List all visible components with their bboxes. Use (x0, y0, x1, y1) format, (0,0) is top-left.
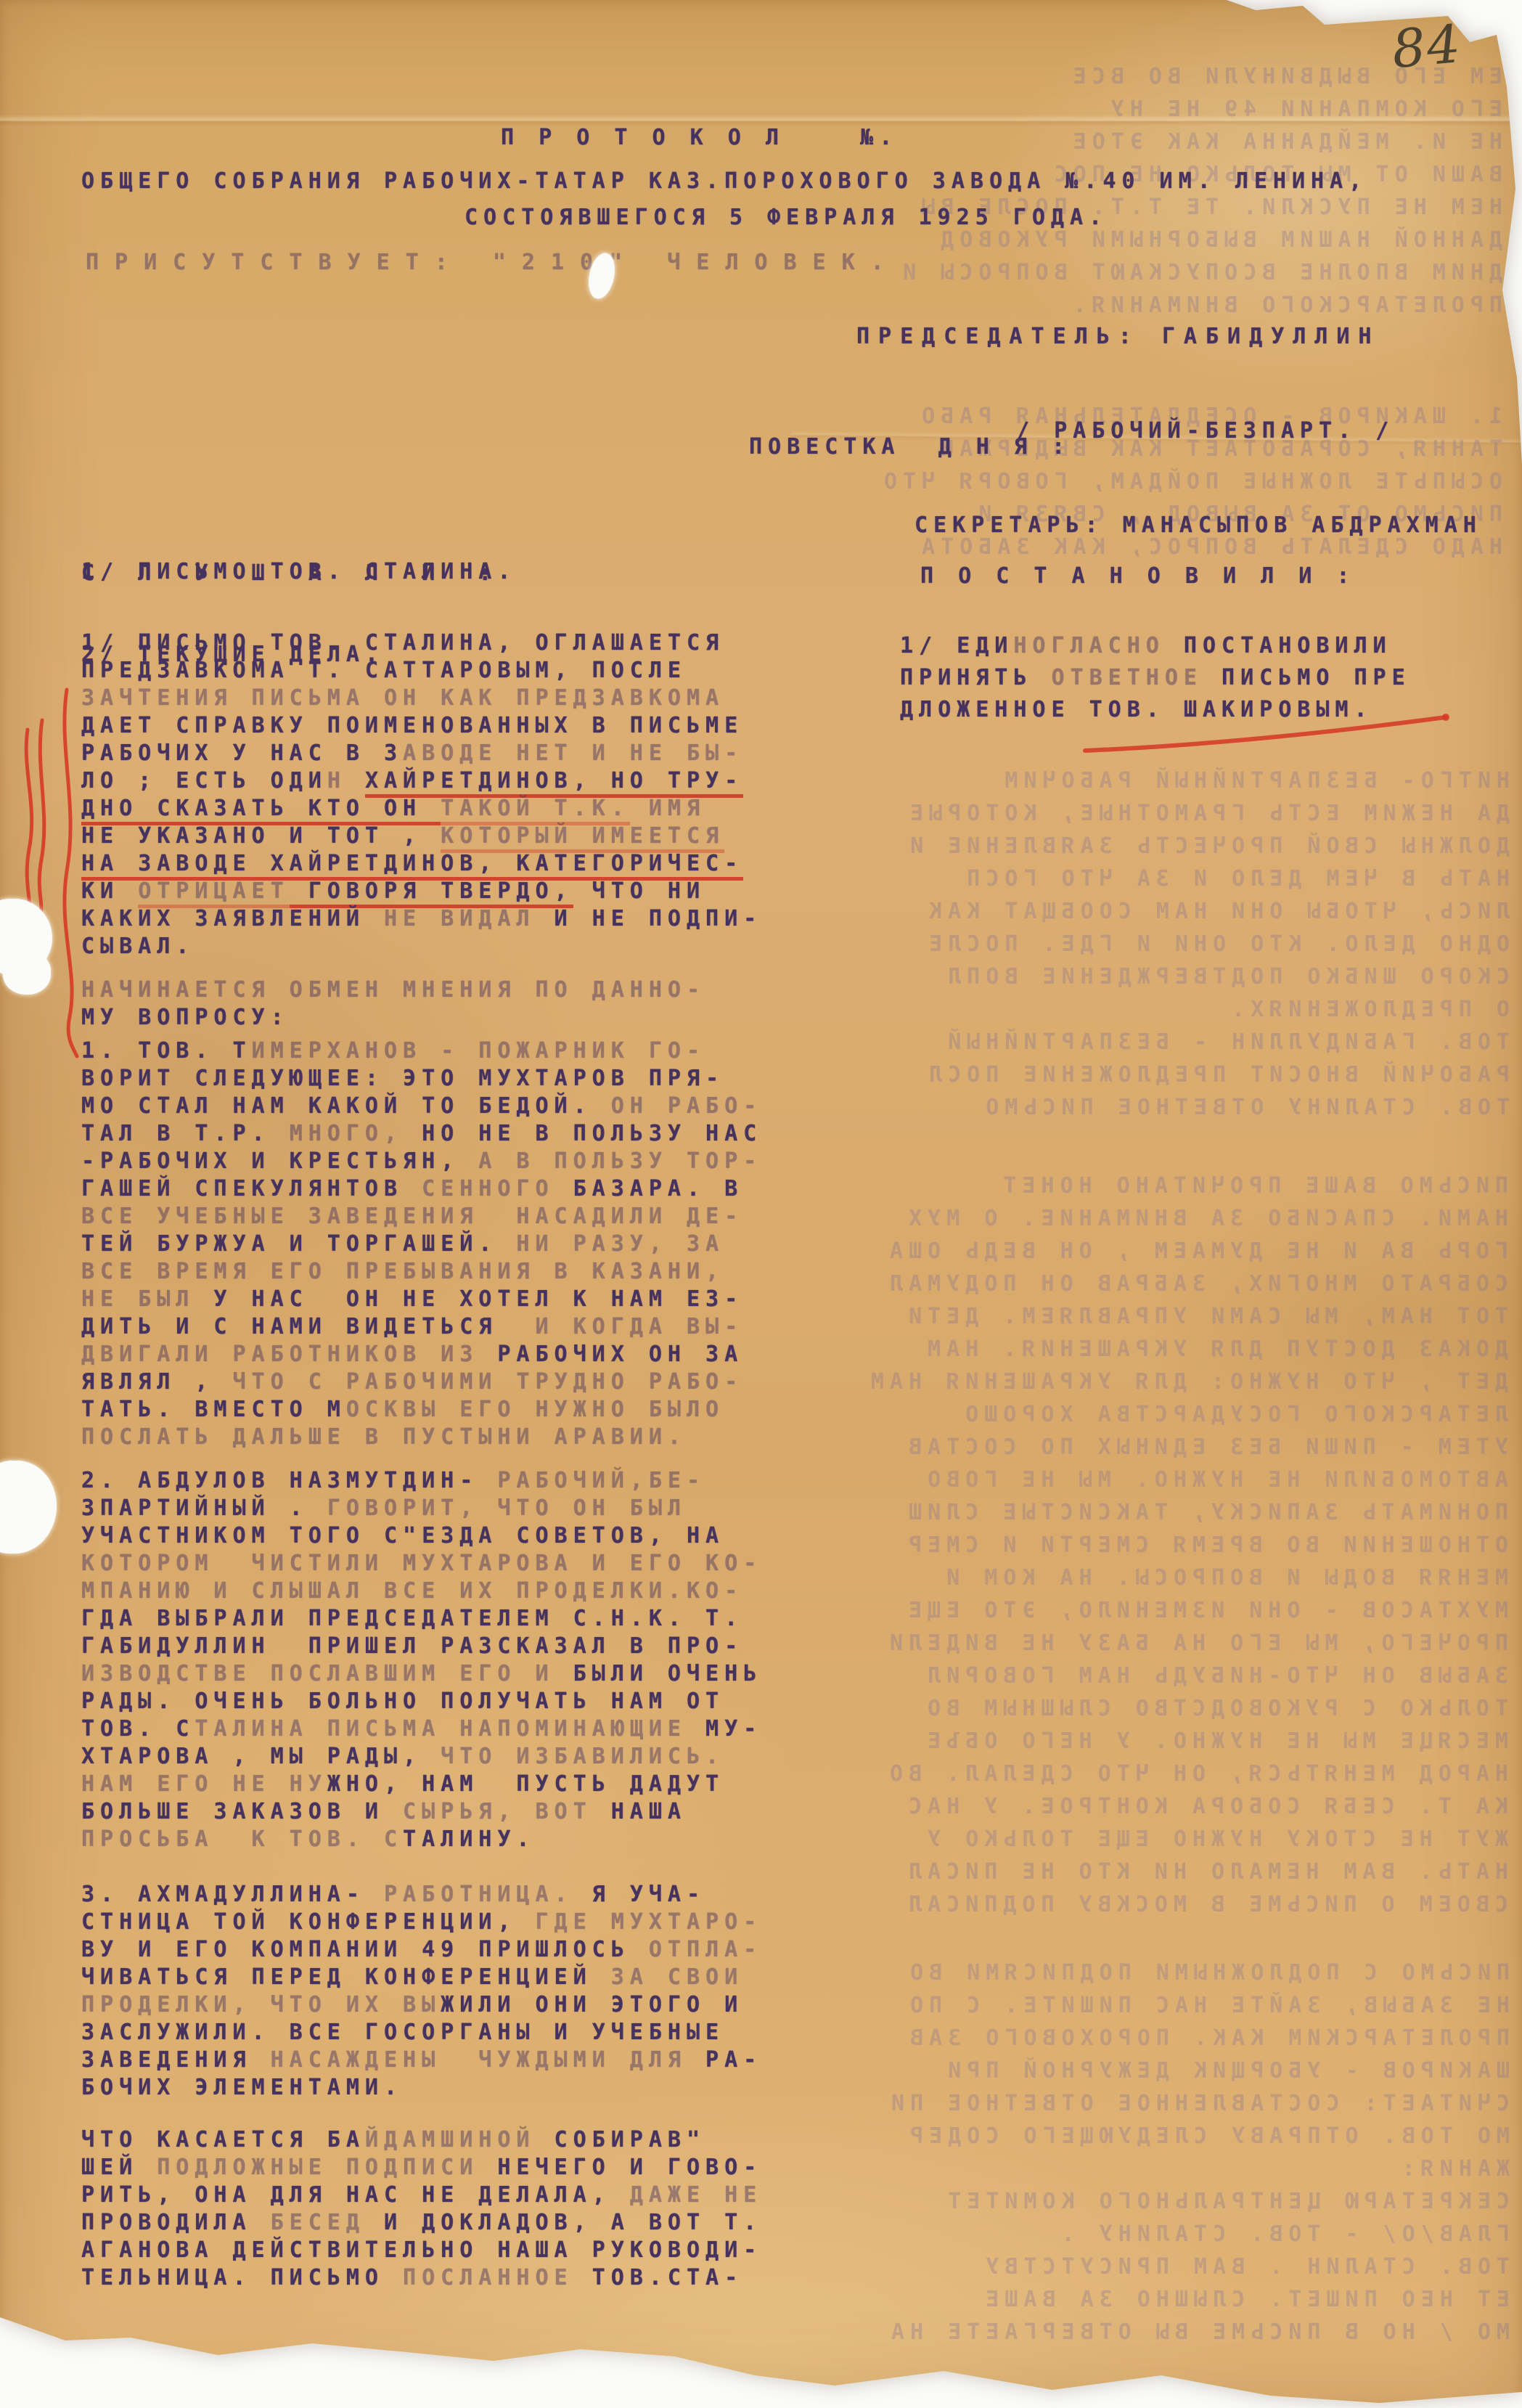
typed-line: шей подложные подписи нечего и гово- (81, 2155, 762, 2182)
typed-segment: Что касается Ба (81, 2127, 365, 2152)
typed-segment: проделки, что их вы (81, 1992, 441, 2017)
typed-segment: постановили (1165, 633, 1392, 658)
typed-line: гашей спекулянтов сенного базара. В (81, 1176, 762, 1204)
paragraph: 2. Абдулов Назмутдин- рабочий,бе-зпартий… (81, 1468, 762, 1854)
typed-line: ву и его компании 49 пришлось отпла- (81, 1937, 762, 1964)
paragraph: 1. Тов. Тимерханов - пожарник го-ворит с… (81, 1038, 762, 1452)
typed-line: зпартийный . Говорит, что он был (81, 1495, 762, 1523)
typed-segment: ногласно (1013, 633, 1165, 658)
typed-segment: отрицает (138, 878, 290, 908)
typed-segment: подложные подписи (157, 2155, 478, 2180)
typed-segment: не видал (384, 906, 536, 931)
typed-segment: Нам его не ну (81, 1771, 327, 1797)
typed-segment: зачтения письма он как Предзавкома (81, 685, 724, 711)
typed-line: Нам его не нужно, нам пусть дадут (81, 1771, 762, 1799)
typed-segment: участником того с"езда Советов, на (81, 1523, 724, 1548)
typed-line: рить, она для нас не делала, даже не (81, 2182, 762, 2210)
typed-line: Что касается Байдамшиной собирав" (81, 2127, 762, 2155)
typed-line: Начинается обмен мнения по данно- (81, 977, 705, 1005)
typed-line: проделки, что их выжили они этого и (81, 1992, 762, 2020)
typed-segment: рабочих у нас в З (81, 740, 403, 766)
typed-segment: чиваться перед Конференцией (81, 1964, 611, 1990)
typed-segment: насаждены чуждыми для (271, 2047, 705, 2073)
typed-segment: много, (290, 1121, 403, 1146)
typed-line: все время его пребывания в Казани, (81, 1259, 762, 1286)
typed-segment: за свои (611, 1964, 743, 1990)
typed-line: зачтения письма он как Предзавкома (81, 685, 762, 713)
typed-segment: где Мухтаро- (535, 1909, 762, 1935)
typed-segment: гашей спекулянтов (81, 1176, 422, 1201)
typed-segment: сырья, вот (403, 1799, 592, 1824)
typed-segment: наша (592, 1799, 687, 1824)
typed-segment: Аганова действительно наша руководи- (81, 2237, 762, 2263)
typed-segment: стница той Конференции, (81, 1909, 535, 1935)
typed-line: чиваться перед Конференцией за свои (81, 1964, 762, 1992)
paper-sheet: ем его выдвинули во всеего компании 49 н… (0, 0, 1522, 2408)
typed-segment: -рабочих и крестьян, (81, 1148, 478, 1174)
typed-segment: ки (81, 878, 138, 904)
typed-segment: заведения (81, 2047, 271, 2073)
typed-segment: и когда вы- (535, 1314, 743, 1339)
typed-segment: йдамшиной (365, 2127, 536, 2152)
typed-segment: имя (630, 796, 705, 821)
typed-segment: ву и его компании 49 пришлось (81, 1937, 649, 1962)
typed-segment: осквы его нужно было (346, 1397, 724, 1422)
typed-segment: гда выбрали Председателем С.Н.К. Т. (81, 1606, 743, 1631)
typed-segment: тей буржуа и торгашей. (81, 1231, 516, 1257)
typed-segment: который имеется (441, 823, 724, 853)
typed-line: все учебные заведения насадили де- (81, 1204, 762, 1231)
typed-segment: аводе нет и не бы- (403, 740, 743, 766)
typed-line: -рабочих и крестьян, а в пользу тор- (81, 1148, 762, 1176)
typed-segment: Начинается обмен мнения по данно- (81, 977, 705, 1003)
punch-hole (0, 1461, 57, 1554)
typed-segment: мпанию и слышал все их проделки.Ко- (81, 1578, 743, 1604)
slushali-column: 1/ Письмо тов. Сталина, оглашаетсяпредза… (81, 0, 778, 2408)
typed-line: ло ; есть один Хайретдинов, но тру- (81, 768, 762, 796)
typed-line: ворит следующее: это Мухтаров пря- (81, 1066, 762, 1093)
typed-segment: тельница. Письмо (81, 2265, 403, 2290)
typed-segment: ра- (705, 2047, 762, 2073)
typed-segment: рить, она для нас не делала, (81, 2182, 630, 2208)
typed-segment: но не в пользу нас (403, 1121, 762, 1146)
typed-segment: ответное (1052, 665, 1203, 690)
typed-line: на Заводе Хайретдинов, категоричес- (81, 851, 762, 878)
typed-segment: двигали работников из (81, 1342, 497, 1367)
typed-line: больше заказов и сырья, вот наша (81, 1799, 762, 1827)
typed-line: двигали работников из рабочих он за (81, 1342, 762, 1369)
typed-segment: просьба к тов. С (81, 1827, 403, 1852)
typed-segment: все учебные заведения насадили де- (81, 1204, 743, 1229)
typed-segment: что ни (573, 878, 705, 904)
typed-segment: 1. Тов. Т (81, 1038, 252, 1064)
typed-segment: отпла- (649, 1937, 762, 1962)
typed-line: участником того с"езда Советов, на (81, 1523, 762, 1551)
typed-line: дложенное тов. Шакировым. (900, 697, 1411, 729)
typed-line: проводила бесед и докладов, а вот т. (81, 2210, 762, 2237)
typed-segment: нечего и гово- (478, 2155, 762, 2180)
typed-segment: предзавкома т. Саттаровым, после (81, 658, 687, 683)
typed-line: дно сказать кто он такой т.к. имя (81, 796, 762, 823)
typed-line: тов. Сталина письма напоминающие Му- (81, 1716, 762, 1744)
typed-segment: ло ; есть оди (81, 768, 327, 793)
typed-segment: хтарова , мы рады, (81, 1744, 441, 1769)
typed-segment: и не подпи- (535, 906, 762, 931)
typed-line: му вопросу: (81, 1005, 705, 1032)
typed-line: 1. Тов. Тимерханов - пожарник го- (81, 1038, 762, 1066)
typed-line: дает справку поименованных в письме (81, 713, 762, 740)
paper-wrap: ем его выдвинули во всеего компании 49 н… (0, 0, 1522, 2408)
typed-segment: что с рабочими трудно рабо- (233, 1369, 744, 1395)
typed-segment: 2. Абдулов Назмутдин- (81, 1468, 497, 1493)
typed-line: рабочих у нас в Заводе нет и не бы- (81, 740, 762, 768)
typed-line: 3. Ахмадуллина- работница. Я уча- (81, 1882, 762, 1909)
typed-line: принять ответное письмо пре (900, 665, 1411, 697)
typed-segment: являл , (81, 1369, 233, 1395)
typed-segment: Габидуллин пришел разсказал в про- (81, 1633, 743, 1659)
typed-segment: говоря твердо, (290, 878, 573, 908)
typed-segment: талину. (403, 1827, 535, 1852)
typed-segment: что избавились. (441, 1744, 724, 1769)
typed-segment: не указано и тот , (81, 823, 441, 849)
typed-segment: Му- (705, 1716, 762, 1742)
paragraph: 1/ Единогласно постановилипринять ответн… (900, 633, 1411, 729)
typed-segment: рабочий,бе- (497, 1468, 705, 1493)
typed-segment: бочих элементами. (81, 2075, 403, 2100)
typed-segment: мо стал нам какой то бедой. (81, 1093, 611, 1119)
typed-line: котором чистили Мухтарова и его ко- (81, 1551, 762, 1578)
typed-line: стница той Конференции, где Мухтаро- (81, 1909, 762, 1937)
typed-segment: дложенное тов. (900, 697, 1184, 722)
typed-line: рады. Очень больно получать нам от (81, 1689, 762, 1716)
typed-segment: такой т.к. (441, 796, 630, 825)
typed-segment: зпартийный . (81, 1495, 327, 1521)
typed-segment: жно, нам пусть дадут (327, 1771, 724, 1797)
typed-line: заведения насаждены чуждыми для ра- (81, 2047, 762, 2075)
typed-segment: послать дальше в пустыни Аравии. (81, 1424, 687, 1450)
typed-segment: тал в Т.Р. (81, 1121, 290, 1146)
typed-segment: Говорит, что он был (327, 1495, 687, 1521)
typed-line: просьба к тов. Сталину. (81, 1827, 762, 1854)
typed-segment: не был (81, 1286, 195, 1312)
typed-line: предзавкома т. Саттаровым, после (81, 658, 762, 685)
typed-line: заслужили. Все Госорганы и учебные (81, 2020, 762, 2047)
typed-segment: Шакировым. (1184, 697, 1373, 722)
typed-segment: жили они этого и (441, 1992, 743, 2017)
paragraph: Что касается Байдамшиной собирав"шей под… (81, 2127, 762, 2293)
typed-segment: собирав" (536, 2127, 706, 2152)
typed-segment: работница. (384, 1882, 573, 1907)
typed-line: являл , что с рабочими трудно рабо- (81, 1369, 762, 1397)
postanovili-column: 1/ Единогласно постановилипринять ответн… (900, 0, 1495, 2408)
scanned-document: ем его выдвинули во всеего компании 49 н… (0, 0, 1522, 2408)
typed-segment: у нас он не хотел к нам ез- (195, 1286, 743, 1312)
typed-segment: бесед (271, 2210, 365, 2235)
typed-segment: рабочих он за (497, 1342, 743, 1367)
typed-segment: дает справку поименованных в письме (81, 713, 743, 738)
typed-segment: тов.Ста- (573, 2265, 744, 2290)
typed-line: сывал. (81, 934, 762, 961)
typed-segment: и докладов, а вот т. (365, 2210, 762, 2235)
typed-segment: были очень (573, 1661, 763, 1686)
typed-line: бочих элементами. (81, 2075, 762, 2102)
page-number-handwritten: 84 (1390, 13, 1465, 80)
typed-segment: котором чистили Мухтарова и его ко- (81, 1551, 762, 1576)
typed-line: тельница. Письмо посланное тов.Ста- (81, 2265, 762, 2293)
typed-line: каких заявлений не видал и не подпи- (81, 906, 762, 934)
typed-segment: заслужили. Все Госорганы и учебные (81, 2020, 724, 2045)
typed-segment: на Заводе Хайретдинов, категоричес- (81, 851, 743, 881)
typed-segment: изводстве пославшим его и (81, 1661, 573, 1686)
typed-segment: ворит следующее: это Мухтаров пря- (81, 1066, 724, 1091)
typed-segment: н (327, 768, 365, 793)
typed-segment: имерханов - пожарник го- (252, 1038, 705, 1064)
typed-line: хтарова , мы рады, что избавились. (81, 1744, 762, 1771)
typed-line: не был у нас он не хотел к нам ез- (81, 1286, 762, 1314)
typed-segment: му вопросу: (81, 1005, 290, 1030)
typed-segment: а в пользу тор- (478, 1148, 762, 1174)
typed-line: послать дальше в пустыни Аравии. (81, 1424, 762, 1452)
typed-line: гда выбрали Председателем С.Н.К. Т. (81, 1606, 762, 1633)
typed-segment: сывал. (81, 934, 195, 959)
typed-segment: принять (900, 665, 1052, 690)
typed-line: 1/ Единогласно постановили (900, 633, 1411, 665)
typed-segment: 1/ Еди (900, 633, 1013, 658)
punch-hole (3, 952, 51, 995)
typed-segment: проводила (81, 2210, 271, 2235)
typed-line: Габидуллин пришел разсказал в про- (81, 1633, 762, 1661)
typed-line: изводстве пославшим его и были очень (81, 1661, 762, 1689)
typed-segment: рады. Очень больно получать нам от (81, 1689, 724, 1714)
paragraph: 1/ Письмо тов. Сталина, оглашаетсяпредза… (81, 630, 762, 961)
typed-segment: 1/ Письмо тов. Сталина, оглашается (81, 630, 724, 656)
typed-line: тать. Вместо Москвы его нужно было (81, 1397, 762, 1424)
paragraph: 3. Ахмадуллина- работница. Я уча-стница … (81, 1882, 762, 2102)
typed-line: тал в Т.Р. много, но не в пользу нас (81, 1121, 762, 1148)
typed-line: 1/ Письмо тов. Сталина, оглашается (81, 630, 762, 658)
typed-segment: 3. Ахмадуллина- (81, 1882, 384, 1907)
typed-segment: посланное (403, 2265, 573, 2290)
typed-segment: тов. С (81, 1716, 195, 1742)
typed-segment: тать. Вместо М (81, 1397, 346, 1422)
typed-line: ки отрицает говоря твердо, что ни (81, 878, 762, 906)
typed-segment: шей (81, 2155, 157, 2180)
typed-segment: больше заказов и (81, 1799, 403, 1824)
typed-line: тей буржуа и торгашей. Ни разу, за (81, 1231, 762, 1259)
typed-segment: Он рабо- (611, 1093, 763, 1119)
typed-segment: все время его пребывания в Казани, (81, 1259, 724, 1284)
typed-segment: Хайретдинов, но тру- (365, 768, 743, 798)
typed-segment: Я уча- (573, 1882, 705, 1907)
typed-segment: талина письма напоминающие (195, 1716, 705, 1742)
typed-line: Аганова действительно наша руководи- (81, 2237, 762, 2265)
typed-line: мо стал нам какой то бедой. Он рабо- (81, 1093, 762, 1121)
typed-segment: каких заявлений (81, 906, 384, 931)
paragraph: Начинается обмен мнения по данно-му вопр… (81, 977, 705, 1032)
typed-line: дить и с нами видеться и когда вы- (81, 1314, 762, 1342)
typed-line: мпанию и слышал все их проделки.Ко- (81, 1578, 762, 1606)
typed-segment: даже не (630, 2182, 762, 2208)
typed-segment: дно сказать кто он (81, 796, 441, 825)
typed-segment: сенного (422, 1176, 554, 1201)
typed-segment: дить и с нами видеться (81, 1314, 535, 1339)
typed-segment: письмо пре (1203, 665, 1411, 690)
typed-segment: базара. В (555, 1176, 744, 1201)
typed-line: не указано и тот , который имеется (81, 823, 762, 851)
typed-line: 2. Абдулов Назмутдин- рабочий,бе- (81, 1468, 762, 1495)
typed-segment: Ни разу, за (516, 1231, 724, 1257)
